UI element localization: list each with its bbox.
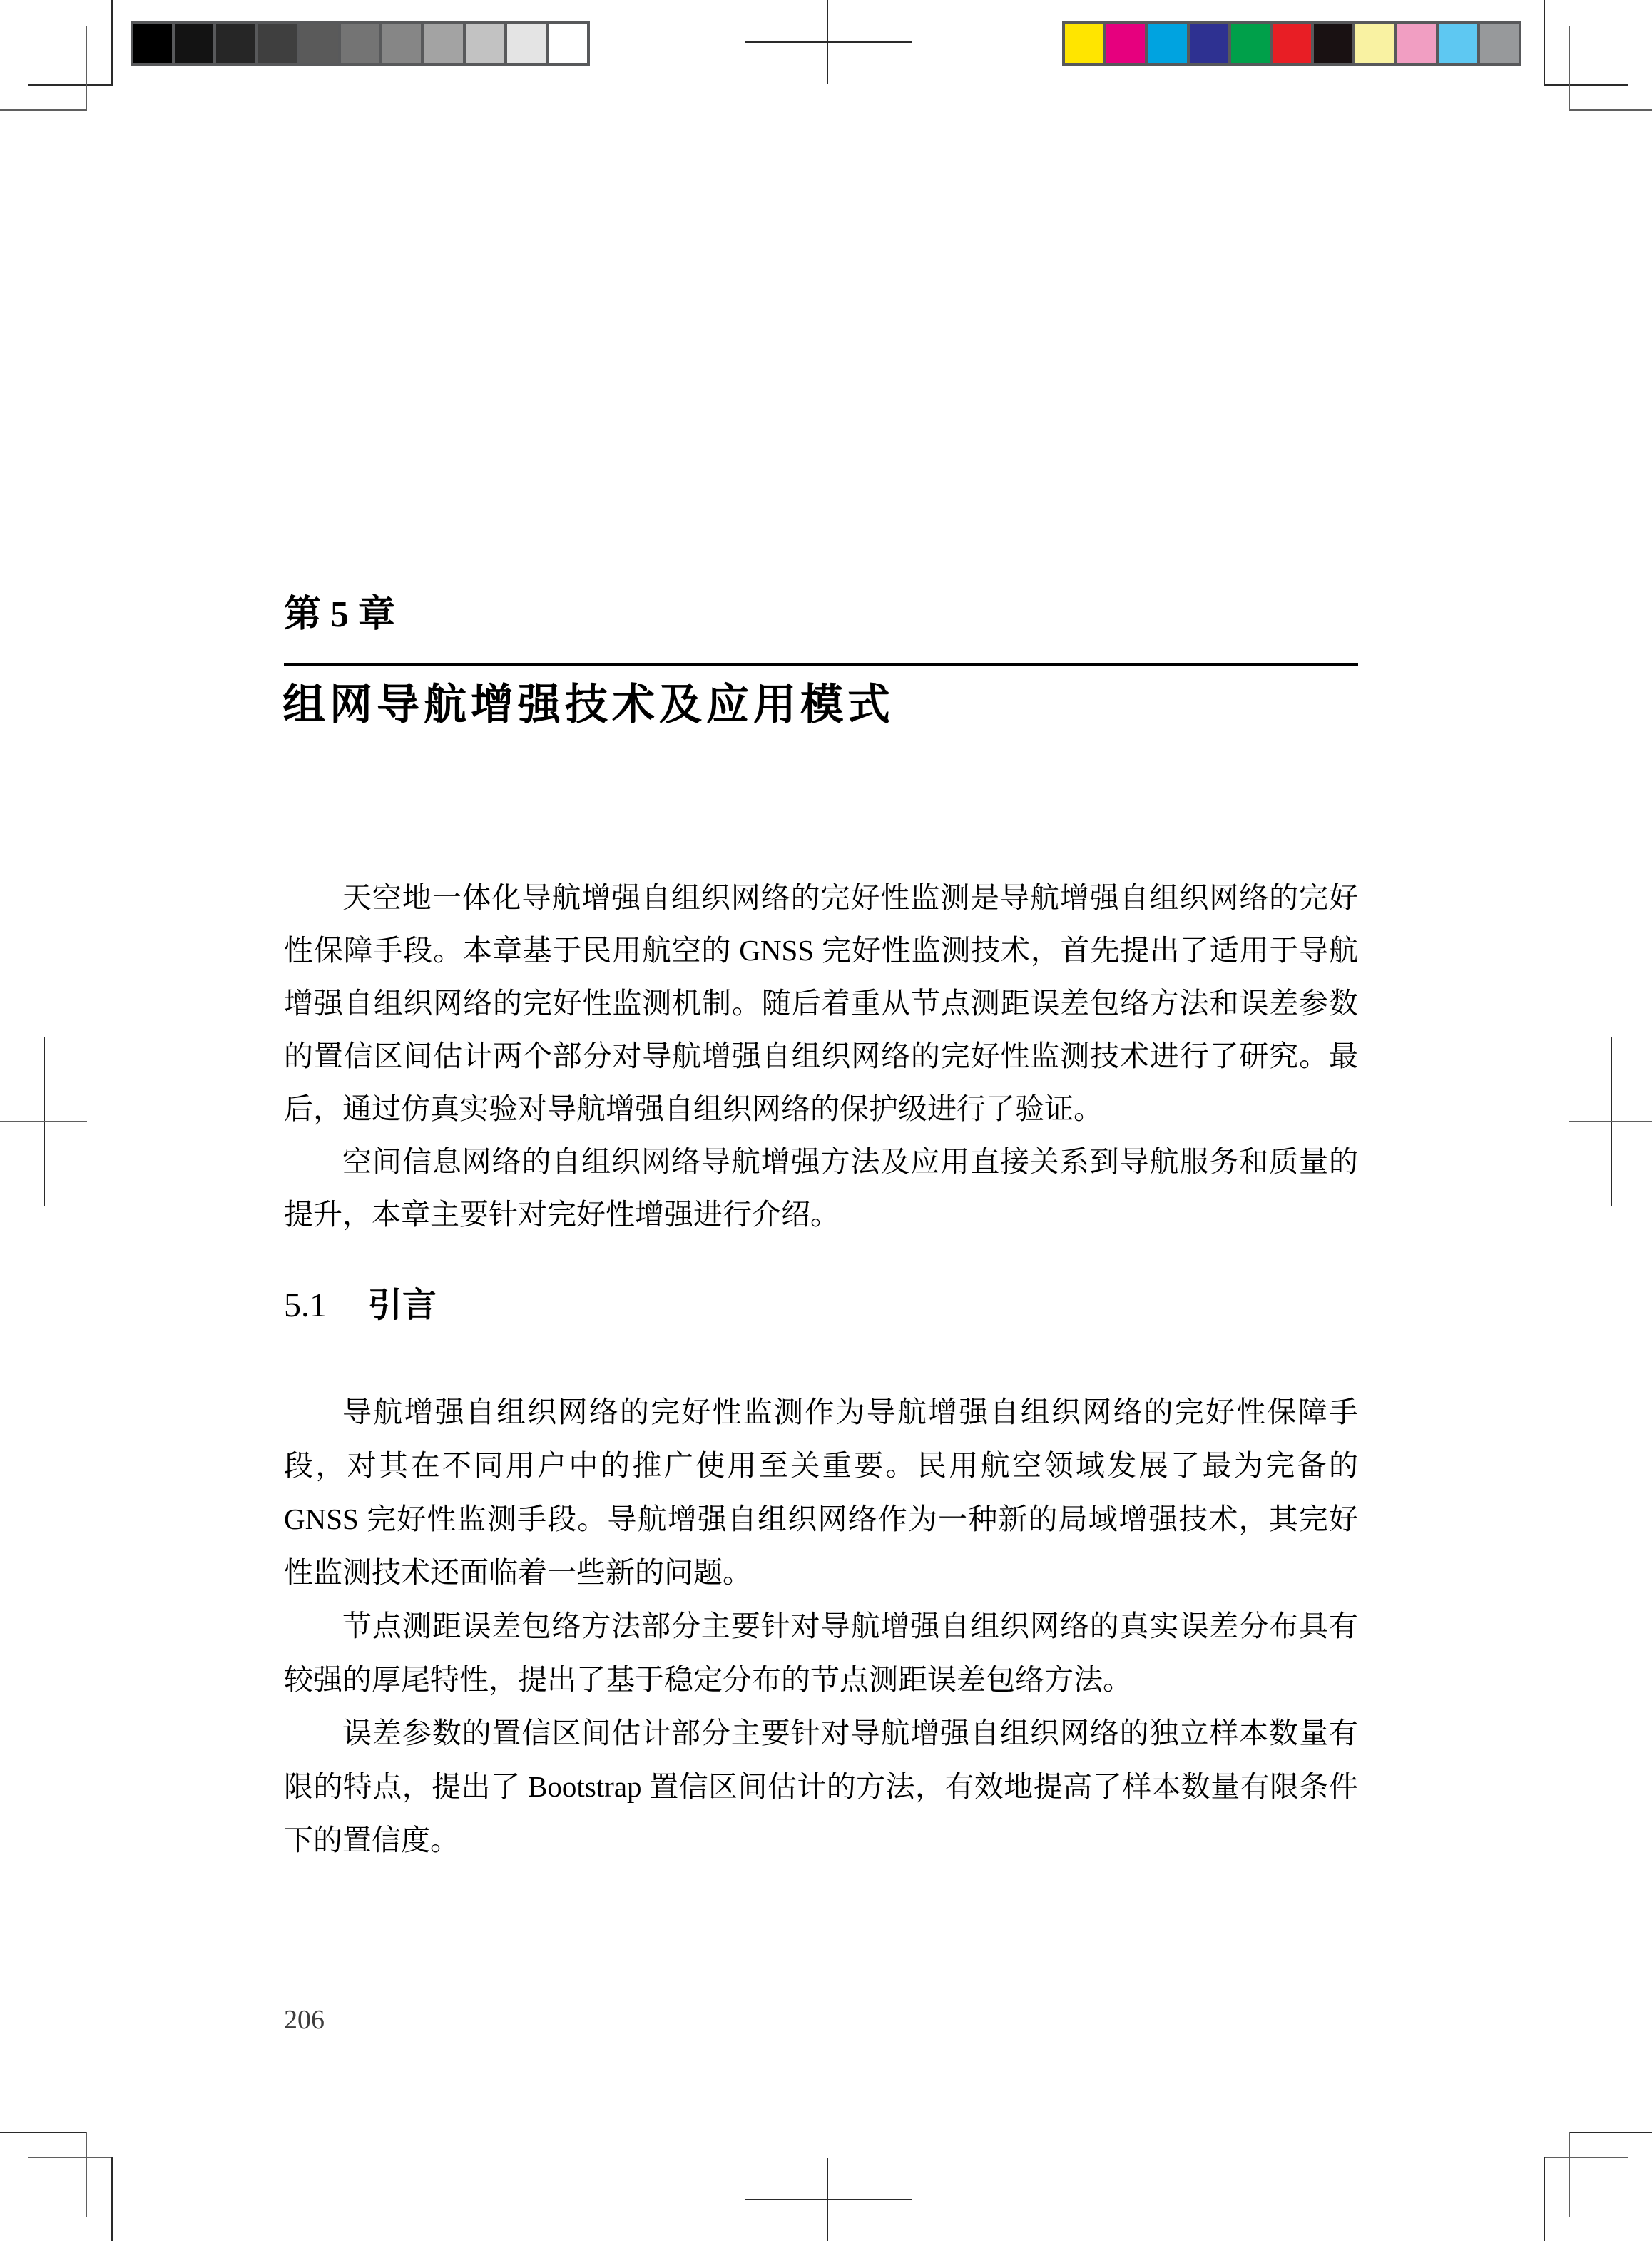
intro-paragraphs: 天空地一体化导航增强自组织网络的完好性监测是导航增强自组织网络的完好性保障手段。… xyxy=(284,871,1358,1241)
crop-mark-bottom-right xyxy=(1569,2132,1652,2133)
calibration-swatch xyxy=(1314,24,1352,63)
calibration-swatch xyxy=(1439,24,1477,63)
calibration-swatch xyxy=(382,24,421,63)
paragraph: 空间信息网络的自组织网络导航增强方法及应用直接关系到导航服务和质量的提升，本章主… xyxy=(284,1135,1358,1241)
crop-mark-bottom-left xyxy=(28,2157,113,2158)
crop-mark-top-left xyxy=(0,109,87,111)
calibration-swatch xyxy=(1190,24,1228,63)
section-number: 5.1 xyxy=(284,1286,327,1324)
crop-mark-bottom-left xyxy=(0,2132,87,2133)
crop-mark-top-right xyxy=(1569,109,1652,111)
section-title: 引言 xyxy=(368,1286,437,1324)
paragraph: 节点测距误差包络方法部分主要针对导航增强自组织网络的真实误差分布具有较强的厚尾特… xyxy=(284,1600,1358,1707)
section-heading: 5.1引言 xyxy=(284,1289,437,1323)
calibration-swatch xyxy=(1231,24,1270,63)
crop-mark-bottom-left xyxy=(111,2157,113,2241)
crop-mark-bottom-left xyxy=(86,2132,87,2217)
calibration-swatch xyxy=(1397,24,1436,63)
calibration-swatch xyxy=(216,24,255,63)
chapter-rule xyxy=(284,663,1358,666)
calibration-swatch xyxy=(507,24,546,63)
chapter-title: 组网导航增强技术及应用模式 xyxy=(282,684,894,726)
crop-mark-top-center xyxy=(745,41,912,43)
calibration-swatch xyxy=(1273,24,1311,63)
section-paragraphs: 导航增强自组织网络的完好性监测作为导航增强自组织网络的完好性保障手段，对其在不同… xyxy=(284,1386,1358,1867)
crop-mark-top-right xyxy=(1544,0,1545,86)
calibration-swatch xyxy=(1148,24,1186,63)
calibration-swatch xyxy=(466,24,504,63)
crop-mark-middle-right xyxy=(1569,1121,1652,1122)
calibration-swatch xyxy=(1355,24,1394,63)
chapter-label: 第 5 章 xyxy=(284,596,395,634)
crop-mark-bottom-right xyxy=(1569,2132,1570,2217)
page-number: 206 xyxy=(284,2006,325,2033)
calibration-swatch xyxy=(258,24,297,63)
crop-mark-top-left xyxy=(86,26,87,111)
book-page: 第 5 章 组网导航增强技术及应用模式 天空地一体化导航增强自组织网络的完好性监… xyxy=(0,0,1652,2241)
calibration-swatch xyxy=(133,24,172,63)
color-calibration-bar xyxy=(1062,21,1521,66)
calibration-swatch xyxy=(341,24,379,63)
calibration-swatch xyxy=(300,24,338,63)
calibration-swatch xyxy=(175,24,213,63)
calibration-swatch xyxy=(1480,24,1519,63)
crop-mark-bottom-right xyxy=(1544,2157,1628,2158)
crop-mark-top-right xyxy=(1569,26,1570,111)
paragraph: 导航增强自组织网络的完好性监测作为导航增强自组织网络的完好性保障手段，对其在不同… xyxy=(284,1386,1358,1600)
crop-mark-bottom-right xyxy=(1544,2157,1545,2241)
calibration-swatch xyxy=(1065,24,1103,63)
paragraph: 误差参数的置信区间估计部分主要针对导航增强自组织网络的独立样本数量有限的特点，提… xyxy=(284,1707,1358,1867)
crop-mark-top-left xyxy=(111,0,113,86)
calibration-swatch xyxy=(1106,24,1145,63)
calibration-swatch xyxy=(549,24,587,63)
crop-mark-bottom-center xyxy=(745,2199,912,2200)
grayscale-calibration-bar xyxy=(131,21,590,66)
crop-mark-top-left xyxy=(28,84,113,86)
calibration-swatch xyxy=(424,24,462,63)
crop-mark-middle-left xyxy=(0,1121,87,1122)
crop-mark-top-right xyxy=(1544,84,1628,86)
paragraph: 天空地一体化导航增强自组织网络的完好性监测是导航增强自组织网络的完好性保障手段。… xyxy=(284,871,1358,1135)
